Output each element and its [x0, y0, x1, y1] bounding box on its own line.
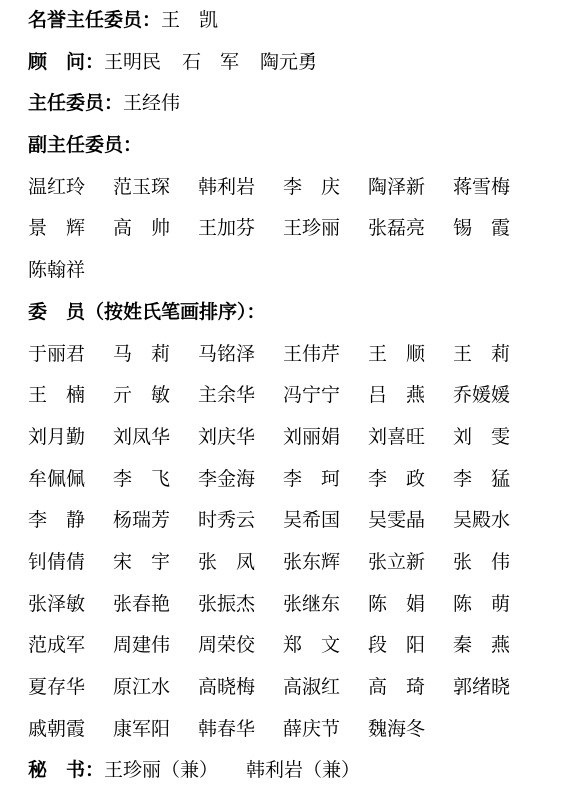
vice-directors-label: 副主任委员： — [28, 125, 142, 167]
members-heading: 委 员（按姓氏笔画排序）： — [28, 292, 562, 334]
person-name: 钊倩倩 — [28, 542, 113, 584]
person-name: 戚朝霞 — [28, 709, 113, 751]
person-name: 刘凤华 — [113, 417, 198, 459]
person-name: 李静 — [28, 500, 113, 542]
person-name: 王伟芹 — [283, 334, 368, 376]
committee-roster: 名誉主任委员： 王 凯 顾 问： 王明民 石 军 陶元勇 主任委员： 王经伟 副… — [0, 0, 562, 792]
person-name: 王楠 — [28, 375, 113, 417]
person-name: 范成军 — [28, 625, 113, 667]
name-row: 李静杨瑞芳时秀云吴希国吴雯晶吴殿水 — [28, 500, 562, 542]
person-name: 陈翰祥 — [28, 250, 113, 292]
person-name: 张立新 — [368, 542, 453, 584]
person-name: 张磊亮 — [368, 208, 453, 250]
person-name: 夏存华 — [28, 667, 113, 709]
person-name: 刘喜旺 — [368, 417, 453, 459]
person-name: 张凤 — [198, 542, 283, 584]
person-name: 韩春华 — [198, 709, 283, 751]
person-name: 于丽君 — [28, 334, 113, 376]
person-name: 吴希国 — [283, 500, 368, 542]
director-label: 主任委员： — [28, 83, 123, 125]
person-name: 时秀云 — [198, 500, 283, 542]
person-name: 温红玲 — [28, 167, 113, 209]
person-name: 李庆 — [283, 167, 368, 209]
person-name: 吴雯晶 — [368, 500, 453, 542]
person-name: 主余华 — [198, 375, 283, 417]
person-name: 李金海 — [198, 459, 283, 501]
person-name: 魏海冬 — [368, 709, 453, 751]
person-name: 亓敏 — [113, 375, 198, 417]
person-name: 张继东 — [283, 584, 368, 626]
advisor-name: 陶元勇 — [260, 42, 317, 84]
person-name: 宋宇 — [113, 542, 198, 584]
person-name: 乔媛媛 — [453, 375, 538, 417]
honorary-director-name: 王 凯 — [161, 0, 218, 42]
director-line: 主任委员： 王经伟 — [28, 83, 562, 125]
person-name: 牟佩佩 — [28, 459, 113, 501]
person-name: 王加芬 — [198, 208, 283, 250]
person-name: 杨瑞芳 — [113, 500, 198, 542]
person-name: 李飞 — [113, 459, 198, 501]
person-name: 陶泽新 — [368, 167, 453, 209]
person-name: 蒋雪梅 — [453, 167, 538, 209]
person-name: 原江水 — [113, 667, 198, 709]
advisors-line: 顾 问： 王明民 石 军 陶元勇 — [28, 42, 562, 84]
person-name: 王顺 — [368, 334, 453, 376]
person-name: 陈娟 — [368, 584, 453, 626]
person-name: 张伟 — [453, 542, 538, 584]
person-name: 高晓梅 — [198, 667, 283, 709]
person-name: 马莉 — [113, 334, 198, 376]
person-name: 郭绪晓 — [453, 667, 538, 709]
person-name: 马铭泽 — [198, 334, 283, 376]
name-row: 王楠亓敏主余华冯宁宁吕燕乔媛媛 — [28, 375, 562, 417]
person-name: 张春艳 — [113, 584, 198, 626]
person-name: 李珂 — [283, 459, 368, 501]
person-name: 李猛 — [453, 459, 538, 501]
advisor-name: 石 军 — [182, 42, 239, 84]
honorary-director-label: 名誉主任委员： — [28, 0, 161, 42]
person-name: 吕燕 — [368, 375, 453, 417]
person-name: 周荣佼 — [198, 625, 283, 667]
person-name: 王莉 — [453, 334, 538, 376]
director-name: 王经伟 — [123, 83, 180, 125]
person-name: 康军阳 — [113, 709, 198, 751]
person-name: 张振杰 — [198, 584, 283, 626]
person-name: 冯宁宁 — [283, 375, 368, 417]
person-name: 刘庆华 — [198, 417, 283, 459]
person-name: 张东辉 — [283, 542, 368, 584]
person-name: 高琦 — [368, 667, 453, 709]
person-name: 锡霞 — [453, 208, 538, 250]
person-name: 刘雯 — [453, 417, 538, 459]
name-row: 温红玲范玉琛韩利岩李庆陶泽新蒋雪梅 — [28, 167, 562, 209]
person-name: 吴殿水 — [453, 500, 538, 542]
name-row: 刘月勤刘凤华刘庆华刘丽娟刘喜旺刘雯 — [28, 417, 562, 459]
members-label: 委 员（按姓氏笔画排序）： — [28, 292, 266, 334]
person-name: 范玉琛 — [113, 167, 198, 209]
person-name: 李政 — [368, 459, 453, 501]
person-name: 景辉 — [28, 208, 113, 250]
secretaries-line: 秘 书： 王珍丽（兼） 韩利岩（兼） — [28, 750, 562, 792]
name-row: 陈翰祥 — [28, 250, 562, 292]
advisor-name: 王明民 — [104, 42, 161, 84]
name-row: 戚朝霞康军阳韩春华薛庆节魏海冬 — [28, 709, 562, 751]
secretary-name: 王珍丽（兼） — [104, 750, 218, 792]
name-row: 钊倩倩宋宇张凤张东辉张立新张伟 — [28, 542, 562, 584]
secretary-name: 韩利岩（兼） — [246, 750, 360, 792]
person-name: 秦燕 — [453, 625, 538, 667]
name-row: 夏存华原江水高晓梅高淑红高琦郭绪晓 — [28, 667, 562, 709]
vice-directors-heading: 副主任委员： — [28, 125, 562, 167]
person-name: 韩利岩 — [198, 167, 283, 209]
name-row: 范成军周建伟周荣佼郑文段阳秦燕 — [28, 625, 562, 667]
person-name: 王珍丽 — [283, 208, 368, 250]
advisors-label: 顾 问： — [28, 42, 104, 84]
name-row: 于丽君马莉马铭泽王伟芹王顺王莉 — [28, 334, 562, 376]
members-list: 于丽君马莉马铭泽王伟芹王顺王莉王楠亓敏主余华冯宁宁吕燕乔媛媛刘月勤刘凤华刘庆华刘… — [28, 334, 562, 751]
honorary-director-line: 名誉主任委员： 王 凯 — [28, 0, 562, 42]
person-name: 高淑红 — [283, 667, 368, 709]
person-name: 刘丽娟 — [283, 417, 368, 459]
person-name: 陈萌 — [453, 584, 538, 626]
name-row: 牟佩佩李飞李金海李珂李政李猛 — [28, 459, 562, 501]
name-row: 张泽敏张春艳张振杰张继东陈娟陈萌 — [28, 584, 562, 626]
person-name: 张泽敏 — [28, 584, 113, 626]
secretaries-label: 秘 书： — [28, 750, 104, 792]
person-name: 周建伟 — [113, 625, 198, 667]
person-name: 郑文 — [283, 625, 368, 667]
name-row: 景辉高帅王加芬王珍丽张磊亮锡霞 — [28, 208, 562, 250]
person-name: 高帅 — [113, 208, 198, 250]
person-name: 薛庆节 — [283, 709, 368, 751]
person-name: 段阳 — [368, 625, 453, 667]
person-name: 刘月勤 — [28, 417, 113, 459]
vice-directors-list: 温红玲范玉琛韩利岩李庆陶泽新蒋雪梅景辉高帅王加芬王珍丽张磊亮锡霞陈翰祥 — [28, 167, 562, 292]
